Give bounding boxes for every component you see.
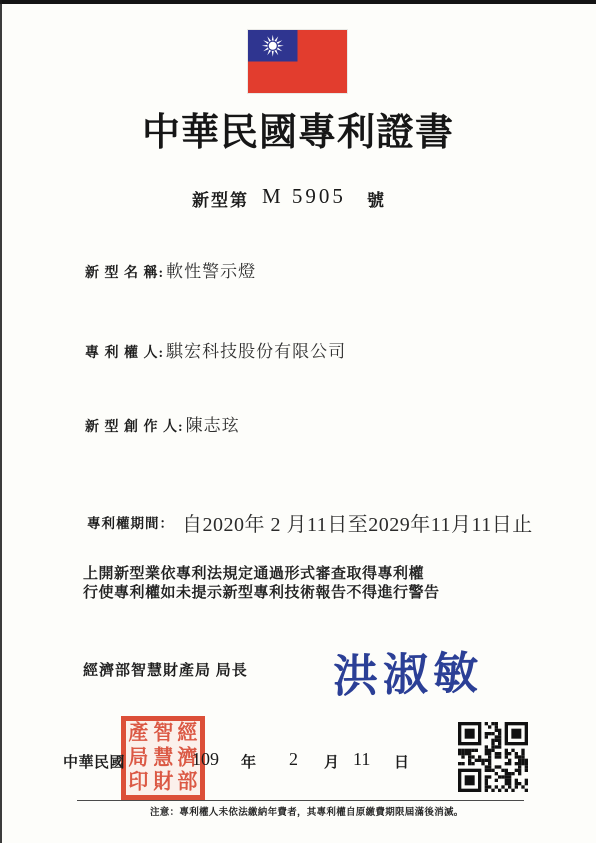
issuer-title: 經濟部智慧財產局 局長: [83, 659, 248, 680]
certificate-title: 中華民國專利證書: [0, 101, 596, 156]
seal-char: 財: [150, 769, 176, 797]
field-label: 新 型 創 作 人:: [85, 420, 184, 435]
field-patent-term: 專利權期間：自2020年 2 月11日至2029年11月11日止: [87, 508, 533, 537]
field-patentee: 專 利 權 人:騏宏科技股份有限公司: [85, 337, 346, 362]
field-value: 軟性警示燈: [166, 262, 256, 281]
footer-divider: [77, 800, 524, 801]
patent-number-suffix: 號: [367, 186, 384, 211]
field-creator: 新 型 創 作 人:陳志玹: [85, 411, 240, 436]
issue-date-year-unit: 年: [241, 751, 256, 772]
patent-number-value: M 5905: [262, 184, 346, 209]
issue-date-year: 109: [192, 749, 219, 770]
legal-statement-line: 行使專利權如未提示新型專利技術報告不得進行警告: [83, 584, 440, 603]
issue-date-day: 11: [353, 749, 370, 770]
patent-certificate-page: 中華民國專利證書 新型第 M 5905 號 新 型 名 稱:軟性警示燈 專 利 …: [0, 0, 596, 843]
field-label: 專 利 權 人:: [85, 346, 164, 361]
seal-char: 印: [125, 769, 151, 797]
patent-number-prefix: 新型第: [192, 186, 249, 211]
qr-code-icon: [458, 722, 528, 792]
roc-flag-icon: [248, 30, 347, 93]
field-value: 陳志玹: [186, 416, 240, 435]
legal-statement: 上開新型業依專利法規定通過形式審查取得專利權 行使專利權如未提示新型專利技術報告…: [83, 565, 440, 602]
seal-char: 經: [175, 720, 201, 748]
legal-statement-line: 上開新型業依專利法規定通過形式審查取得專利權: [83, 565, 440, 584]
field-value: 騏宏科技股份有限公司: [166, 342, 346, 361]
footnote: 注意：專利權人未依法繳納年費者，其專利權自原繳費期限屆滿後消滅。: [150, 804, 450, 818]
patent-number-row: 新型第 M 5905 號: [0, 184, 596, 210]
field-utility-model-name: 新 型 名 稱:軟性警示燈: [85, 257, 256, 282]
field-label: 新 型 名 稱:: [85, 266, 164, 281]
scan-edge-top: [0, 0, 596, 4]
seal-char: 智: [150, 720, 176, 748]
field-label: 專利權期間：: [87, 516, 174, 531]
issue-date-era: 中華民國: [63, 751, 125, 772]
field-value: 自2020年 2 月11日至2029年11月11日止: [182, 514, 533, 536]
seal-char: 部: [175, 769, 201, 797]
director-general-signature: 洪淑敏: [333, 636, 484, 705]
issue-date-month-unit: 月: [324, 751, 339, 772]
issue-date-month: 2: [289, 749, 298, 770]
seal-char: 產: [125, 720, 151, 748]
issue-date-day-unit: 日: [394, 751, 409, 772]
